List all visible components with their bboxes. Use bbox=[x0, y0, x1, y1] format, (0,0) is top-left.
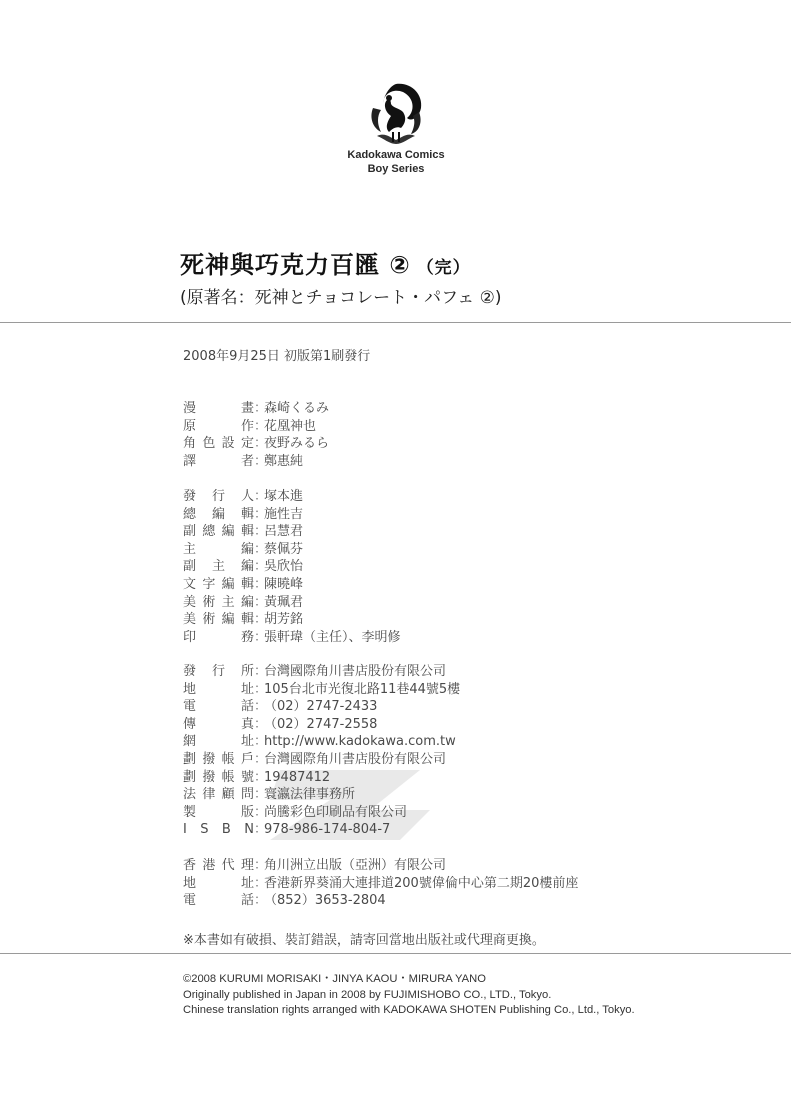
credit-value: （02）2747-2558 bbox=[264, 716, 377, 734]
credit-row: 網址：http://www.kadokawa.com.tw bbox=[183, 733, 460, 751]
credit-row: 發行所：台灣國際角川書店股份有限公司 bbox=[183, 663, 460, 681]
credit-label: 電話 bbox=[183, 892, 254, 910]
credit-value: 陳曉峰 bbox=[264, 576, 303, 594]
divider-top bbox=[0, 322, 791, 323]
credits-publisher: 發行所：台灣國際角川書店股份有限公司 地址：105台北市光復北路11巷44號5樓… bbox=[183, 663, 460, 839]
credit-row: 劃撥帳戶：台灣國際角川書店股份有限公司 bbox=[183, 751, 460, 769]
credit-label: 主編 bbox=[183, 541, 254, 559]
credit-value: 19487412 bbox=[264, 769, 330, 787]
book-title-complete-tag: （完） bbox=[417, 258, 471, 278]
credit-value: 呂慧君 bbox=[264, 523, 303, 541]
credit-value: 角川洲立出版（亞洲）有限公司 bbox=[264, 857, 446, 875]
credit-value: 尚騰彩色印刷品有限公司 bbox=[264, 804, 407, 822]
credit-label: 美術編輯 bbox=[183, 611, 254, 629]
credit-row: 電話：（02）2747-2433 bbox=[183, 698, 460, 716]
credit-label: 發行所 bbox=[183, 663, 254, 681]
credit-label: 印務 bbox=[183, 629, 254, 647]
isbn-value: 978-986-174-804-7 bbox=[264, 821, 390, 839]
credit-value: 夜野みるら bbox=[264, 435, 329, 453]
credits-hk-agent: 香港代理：角川洲立出版（亞洲）有限公司 地址：香港新界葵涌大連排道200號偉倫中… bbox=[183, 857, 578, 910]
credit-label: 美術主編 bbox=[183, 594, 254, 612]
phoenix-emblem-icon bbox=[363, 78, 429, 148]
credit-label: 文字編輯 bbox=[183, 576, 254, 594]
credit-label: 副總編輯 bbox=[183, 523, 254, 541]
credit-label: 副主編 bbox=[183, 558, 254, 576]
credit-row: ISBN：978-986-174-804-7 bbox=[183, 821, 460, 839]
credit-row: 香港代理：角川洲立出版（亞洲）有限公司 bbox=[183, 857, 578, 875]
credit-row: 副主編：吳欣怡 bbox=[183, 558, 401, 576]
copyright-block: ©2008 KURUMI MORISAKI・JINYA KAOU・MIRURA … bbox=[183, 972, 635, 1019]
translation-rights-line: Chinese translation rights arranged with… bbox=[183, 1003, 635, 1019]
credit-value: 香港新界葵涌大連排道200號偉倫中心第二期20樓前座 bbox=[264, 875, 578, 893]
credit-row: 傳真：（02）2747-2558 bbox=[183, 716, 460, 734]
credit-value: 105台北市光復北路11巷44號5樓 bbox=[264, 681, 460, 699]
credit-label: 漫畫 bbox=[183, 400, 254, 418]
credit-row: 原作：花凰神也 bbox=[183, 418, 329, 436]
imprint-series: Boy Series bbox=[340, 162, 452, 176]
credit-label: 譯者 bbox=[183, 453, 254, 471]
credit-value: 鄭惠純 bbox=[264, 453, 303, 471]
credit-row: 漫畫：森崎くるみ bbox=[183, 400, 329, 418]
original-publisher-line: Originally published in Japan in 2008 by… bbox=[183, 988, 635, 1004]
credit-row: 主編：蔡佩芬 bbox=[183, 541, 401, 559]
credit-value: 森崎くるみ bbox=[264, 400, 329, 418]
credit-label: 角色設定 bbox=[183, 435, 254, 453]
credit-value: 張軒瑋（主任）、李明修 bbox=[264, 629, 401, 647]
credit-row: 角色設定：夜野みるら bbox=[183, 435, 329, 453]
imprint-name: Kadokawa Comics bbox=[340, 148, 452, 162]
credit-value: 花凰神也 bbox=[264, 418, 316, 436]
credit-value: 寰瀛法律事務所 bbox=[264, 786, 355, 804]
credit-label: 劃撥帳戶 bbox=[183, 751, 254, 769]
website-link[interactable]: http://www.kadokawa.com.tw bbox=[264, 733, 456, 751]
credit-label: 發行人 bbox=[183, 488, 254, 506]
credit-value: 黃珮君 bbox=[264, 594, 303, 612]
credit-value: 塚本進 bbox=[264, 488, 303, 506]
original-title: (原著名：死神とチョコレート・パフェ ②) bbox=[180, 283, 502, 308]
credit-label: 原作 bbox=[183, 418, 254, 436]
credit-value: 胡芳銘 bbox=[264, 611, 303, 629]
credit-value: 蔡佩芬 bbox=[264, 541, 303, 559]
edition-info: 2008年9月25日 初版第1刷發行 bbox=[183, 345, 370, 364]
credit-row: 劃撥帳號：19487412 bbox=[183, 769, 460, 787]
credit-value: （852）3653-2804 bbox=[264, 892, 386, 910]
publisher-logo: Kadokawa Comics Boy Series bbox=[340, 78, 452, 176]
credit-row: 地址：香港新界葵涌大連排道200號偉倫中心第二期20樓前座 bbox=[183, 875, 578, 893]
copyright-line: ©2008 KURUMI MORISAKI・JINYA KAOU・MIRURA … bbox=[183, 972, 635, 988]
credit-value: 吳欣怡 bbox=[264, 558, 303, 576]
credit-label: 電話 bbox=[183, 698, 254, 716]
credit-row: 電話：（852）3653-2804 bbox=[183, 892, 578, 910]
credit-label: 地址 bbox=[183, 875, 254, 893]
credit-row: 總編輯：施性吉 bbox=[183, 506, 401, 524]
credit-row: 美術編輯：胡芳銘 bbox=[183, 611, 401, 629]
credit-label: 傳真 bbox=[183, 716, 254, 734]
book-title-main: 死神與巧克力百匯 ② bbox=[180, 251, 411, 279]
credit-row: 副總編輯：呂慧君 bbox=[183, 523, 401, 541]
credit-value: 台灣國際角川書店股份有限公司 bbox=[264, 663, 446, 681]
credit-label: 網址 bbox=[183, 733, 254, 751]
credit-row: 譯者：鄭惠純 bbox=[183, 453, 329, 471]
credits-creators: 漫畫：森崎くるみ 原作：花凰神也 角色設定：夜野みるら 譯者：鄭惠純 bbox=[183, 400, 329, 470]
book-title: 死神與巧克力百匯 ②（完） bbox=[180, 245, 471, 280]
credit-label: 法律顧問 bbox=[183, 786, 254, 804]
credit-label: 製版 bbox=[183, 804, 254, 822]
credit-row: 發行人：塚本進 bbox=[183, 488, 401, 506]
credit-label: 劃撥帳號 bbox=[183, 769, 254, 787]
credit-label: 地址 bbox=[183, 681, 254, 699]
credit-value: （02）2747-2433 bbox=[264, 698, 377, 716]
credit-label: 香港代理 bbox=[183, 857, 254, 875]
credit-row: 法律顧問：寰瀛法律事務所 bbox=[183, 786, 460, 804]
divider-bottom bbox=[0, 953, 791, 954]
credit-row: 製版：尚騰彩色印刷品有限公司 bbox=[183, 804, 460, 822]
credit-label: 總編輯 bbox=[183, 506, 254, 524]
credit-row: 印務：張軒瑋（主任）、李明修 bbox=[183, 629, 401, 647]
credit-row: 文字編輯：陳曉峰 bbox=[183, 576, 401, 594]
credits-staff: 發行人：塚本進 總編輯：施性吉 副總編輯：呂慧君 主編：蔡佩芬 副主編：吳欣怡 … bbox=[183, 488, 401, 646]
credit-row: 美術主編：黃珮君 bbox=[183, 594, 401, 612]
credit-value: 施性吉 bbox=[264, 506, 303, 524]
credit-row: 地址：105台北市光復北路11巷44號5樓 bbox=[183, 681, 460, 699]
credit-value: 台灣國際角川書店股份有限公司 bbox=[264, 751, 446, 769]
credit-label: ISBN bbox=[183, 821, 254, 839]
replacement-notice: ※本書如有破損、裝訂錯誤，請寄回當地出版社或代理商更換。 bbox=[183, 929, 545, 948]
